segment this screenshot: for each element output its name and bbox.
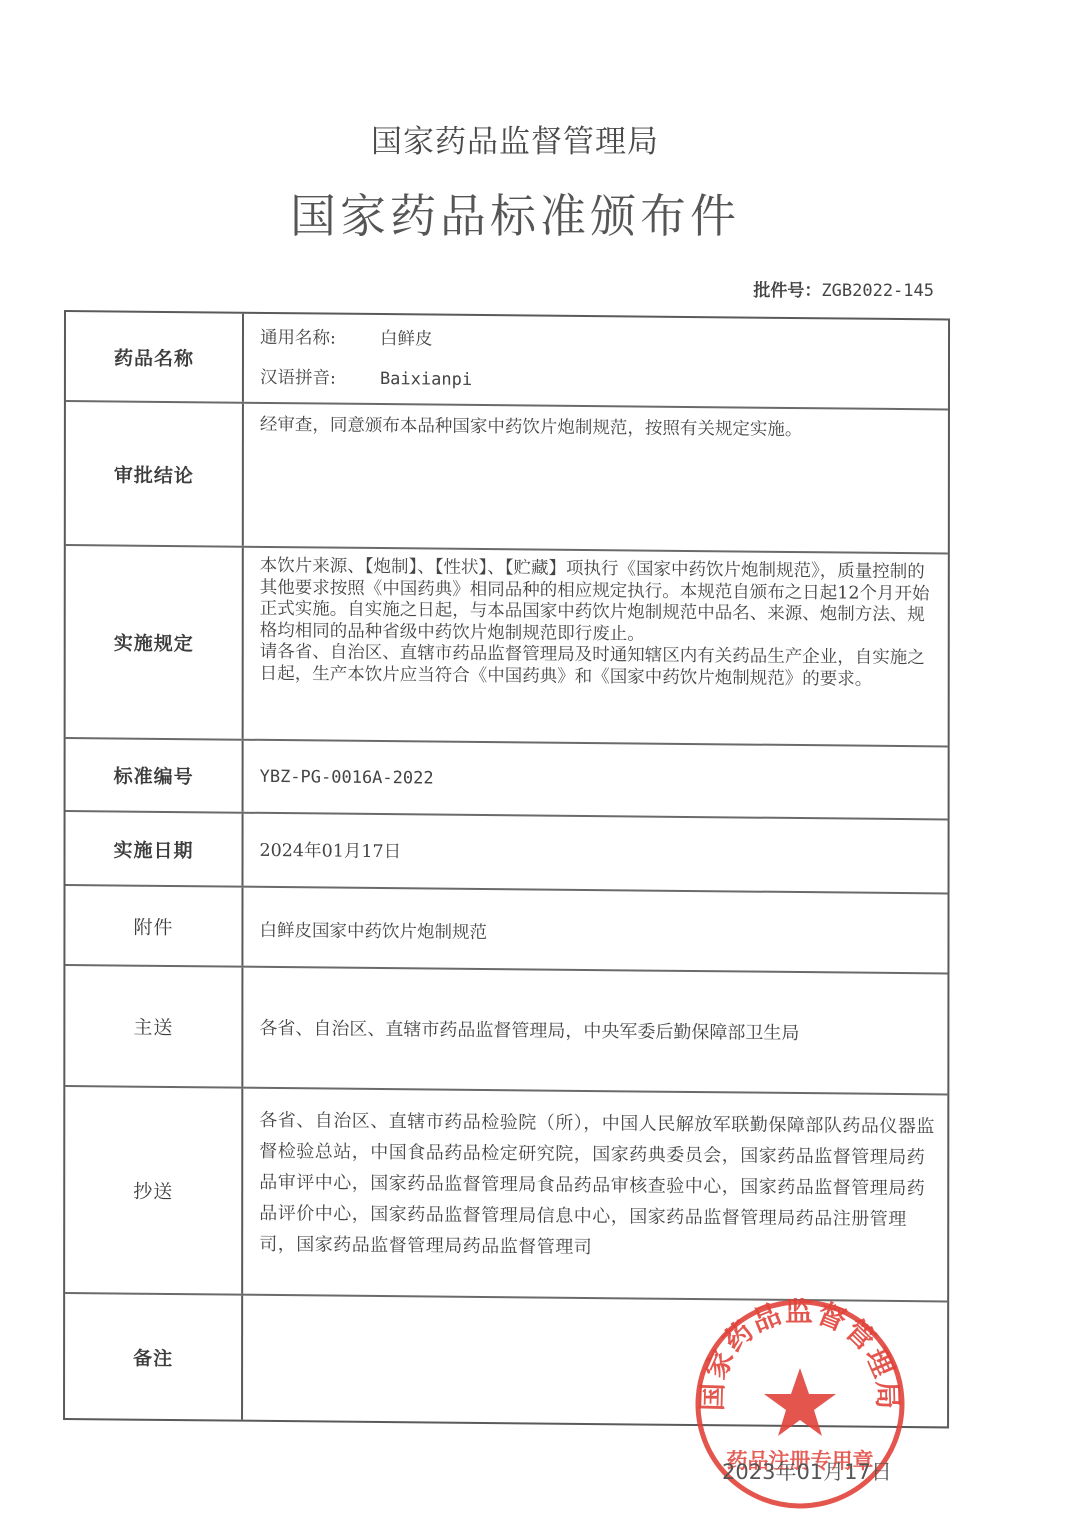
label-attachment: 附件 xyxy=(65,886,243,966)
document-page: 国家药品监督管理局 国家药品标准颁布件 批件号：ZGB2022-145 药品名称… xyxy=(0,0,1080,1527)
generic-name-label: 通用名称: xyxy=(260,326,380,350)
rules-paragraph-1: 本饮片来源、【炮制】、【性状】、【贮藏】项执行《国家中药饮片炮制规范》，质量控制… xyxy=(260,556,936,648)
label-standard-number: 标准编号 xyxy=(66,739,244,812)
label-approval-conclusion: 审批结论 xyxy=(66,402,244,546)
row-implementation-rules: 实施规定 本饮片来源、【炮制】、【性状】、【贮藏】项执行《国家中药饮片炮制规范》… xyxy=(66,544,948,745)
document-title: 国家药品标准颁布件 xyxy=(0,180,1030,246)
row-remarks: 备注 xyxy=(65,1292,947,1426)
approval-conclusion-text: 经审查，同意颁布本品种国家中药饮片炮制规范，按照有关规定实施。 xyxy=(244,404,948,553)
label-main-recipients: 主送 xyxy=(65,966,243,1087)
label-remarks: 备注 xyxy=(65,1294,243,1420)
drug-name-content: 通用名称: 白鲜皮 汉语拼音: Baixianpi xyxy=(244,314,948,409)
seal-date: 2023年01月17日 xyxy=(722,1456,892,1486)
approval-number-value: ZGB2022-145 xyxy=(821,281,934,301)
label-implementation-rules: 实施规定 xyxy=(66,546,244,739)
standard-table: 药品名称 通用名称: 白鲜皮 汉语拼音: Baixianpi 审批结论 经审查，… xyxy=(63,310,950,1428)
pinyin-line: 汉语拼音: Baixianpi xyxy=(260,358,938,405)
issuing-agency: 国家药品监督管理局 xyxy=(0,116,1030,161)
main-recipients-value: 各省、自治区、直辖市药品监督管理局，中央军委后勤保障部卫生局 xyxy=(243,968,947,1094)
approval-number-label: 批件号： xyxy=(753,281,821,301)
generic-name-value: 白鲜皮 xyxy=(380,328,433,352)
attachment-value: 白鲜皮国家中药饮片炮制规范 xyxy=(243,888,947,973)
row-attachment: 附件 白鲜皮国家中药饮片炮制规范 xyxy=(65,884,947,972)
pinyin-value: Baixianpi xyxy=(380,368,472,392)
pinyin-label: 汉语拼音: xyxy=(260,366,380,390)
remarks-value xyxy=(243,1296,947,1427)
row-cc: 抄送 各省、自治区、直辖市药品检验院（所），中国人民解放军联勤保障部队药品仪器监… xyxy=(65,1085,947,1300)
row-standard-number: 标准编号 YBZ-PG-0016A-2022 xyxy=(66,737,948,818)
generic-name-line: 通用名称: 白鲜皮 xyxy=(260,318,938,365)
label-drug-name: 药品名称 xyxy=(66,312,244,402)
cc-value: 各省、自治区、直辖市药品检验院（所），中国人民解放军联勤保障部队药品仪器监督检验… xyxy=(243,1089,947,1301)
row-implementation-date: 实施日期 2024年01月17日 xyxy=(65,810,947,892)
label-implementation-date: 实施日期 xyxy=(65,812,243,886)
row-drug-name: 药品名称 通用名称: 白鲜皮 汉语拼音: Baixianpi xyxy=(66,312,948,408)
row-main-recipients: 主送 各省、自治区、直辖市药品监督管理局，中央军委后勤保障部卫生局 xyxy=(65,964,947,1093)
standard-number-value: YBZ-PG-0016A-2022 xyxy=(244,741,948,819)
label-cc: 抄送 xyxy=(65,1087,243,1294)
row-approval-conclusion: 审批结论 经审查，同意颁布本品种国家中药饮片炮制规范，按照有关规定实施。 xyxy=(66,400,948,552)
rules-paragraph-2: 请各省、自治区、直辖市药品监督管理局及时通知辖区内有关药品生产企业，自实施之日起… xyxy=(260,642,936,691)
implementation-date-value: 2024年01月17日 xyxy=(244,814,948,893)
implementation-rules-content: 本饮片来源、【炮制】、【性状】、【贮藏】项执行《国家中药饮片炮制规范》，质量控制… xyxy=(244,548,948,746)
approval-number: 批件号：ZGB2022-145 xyxy=(753,276,934,301)
